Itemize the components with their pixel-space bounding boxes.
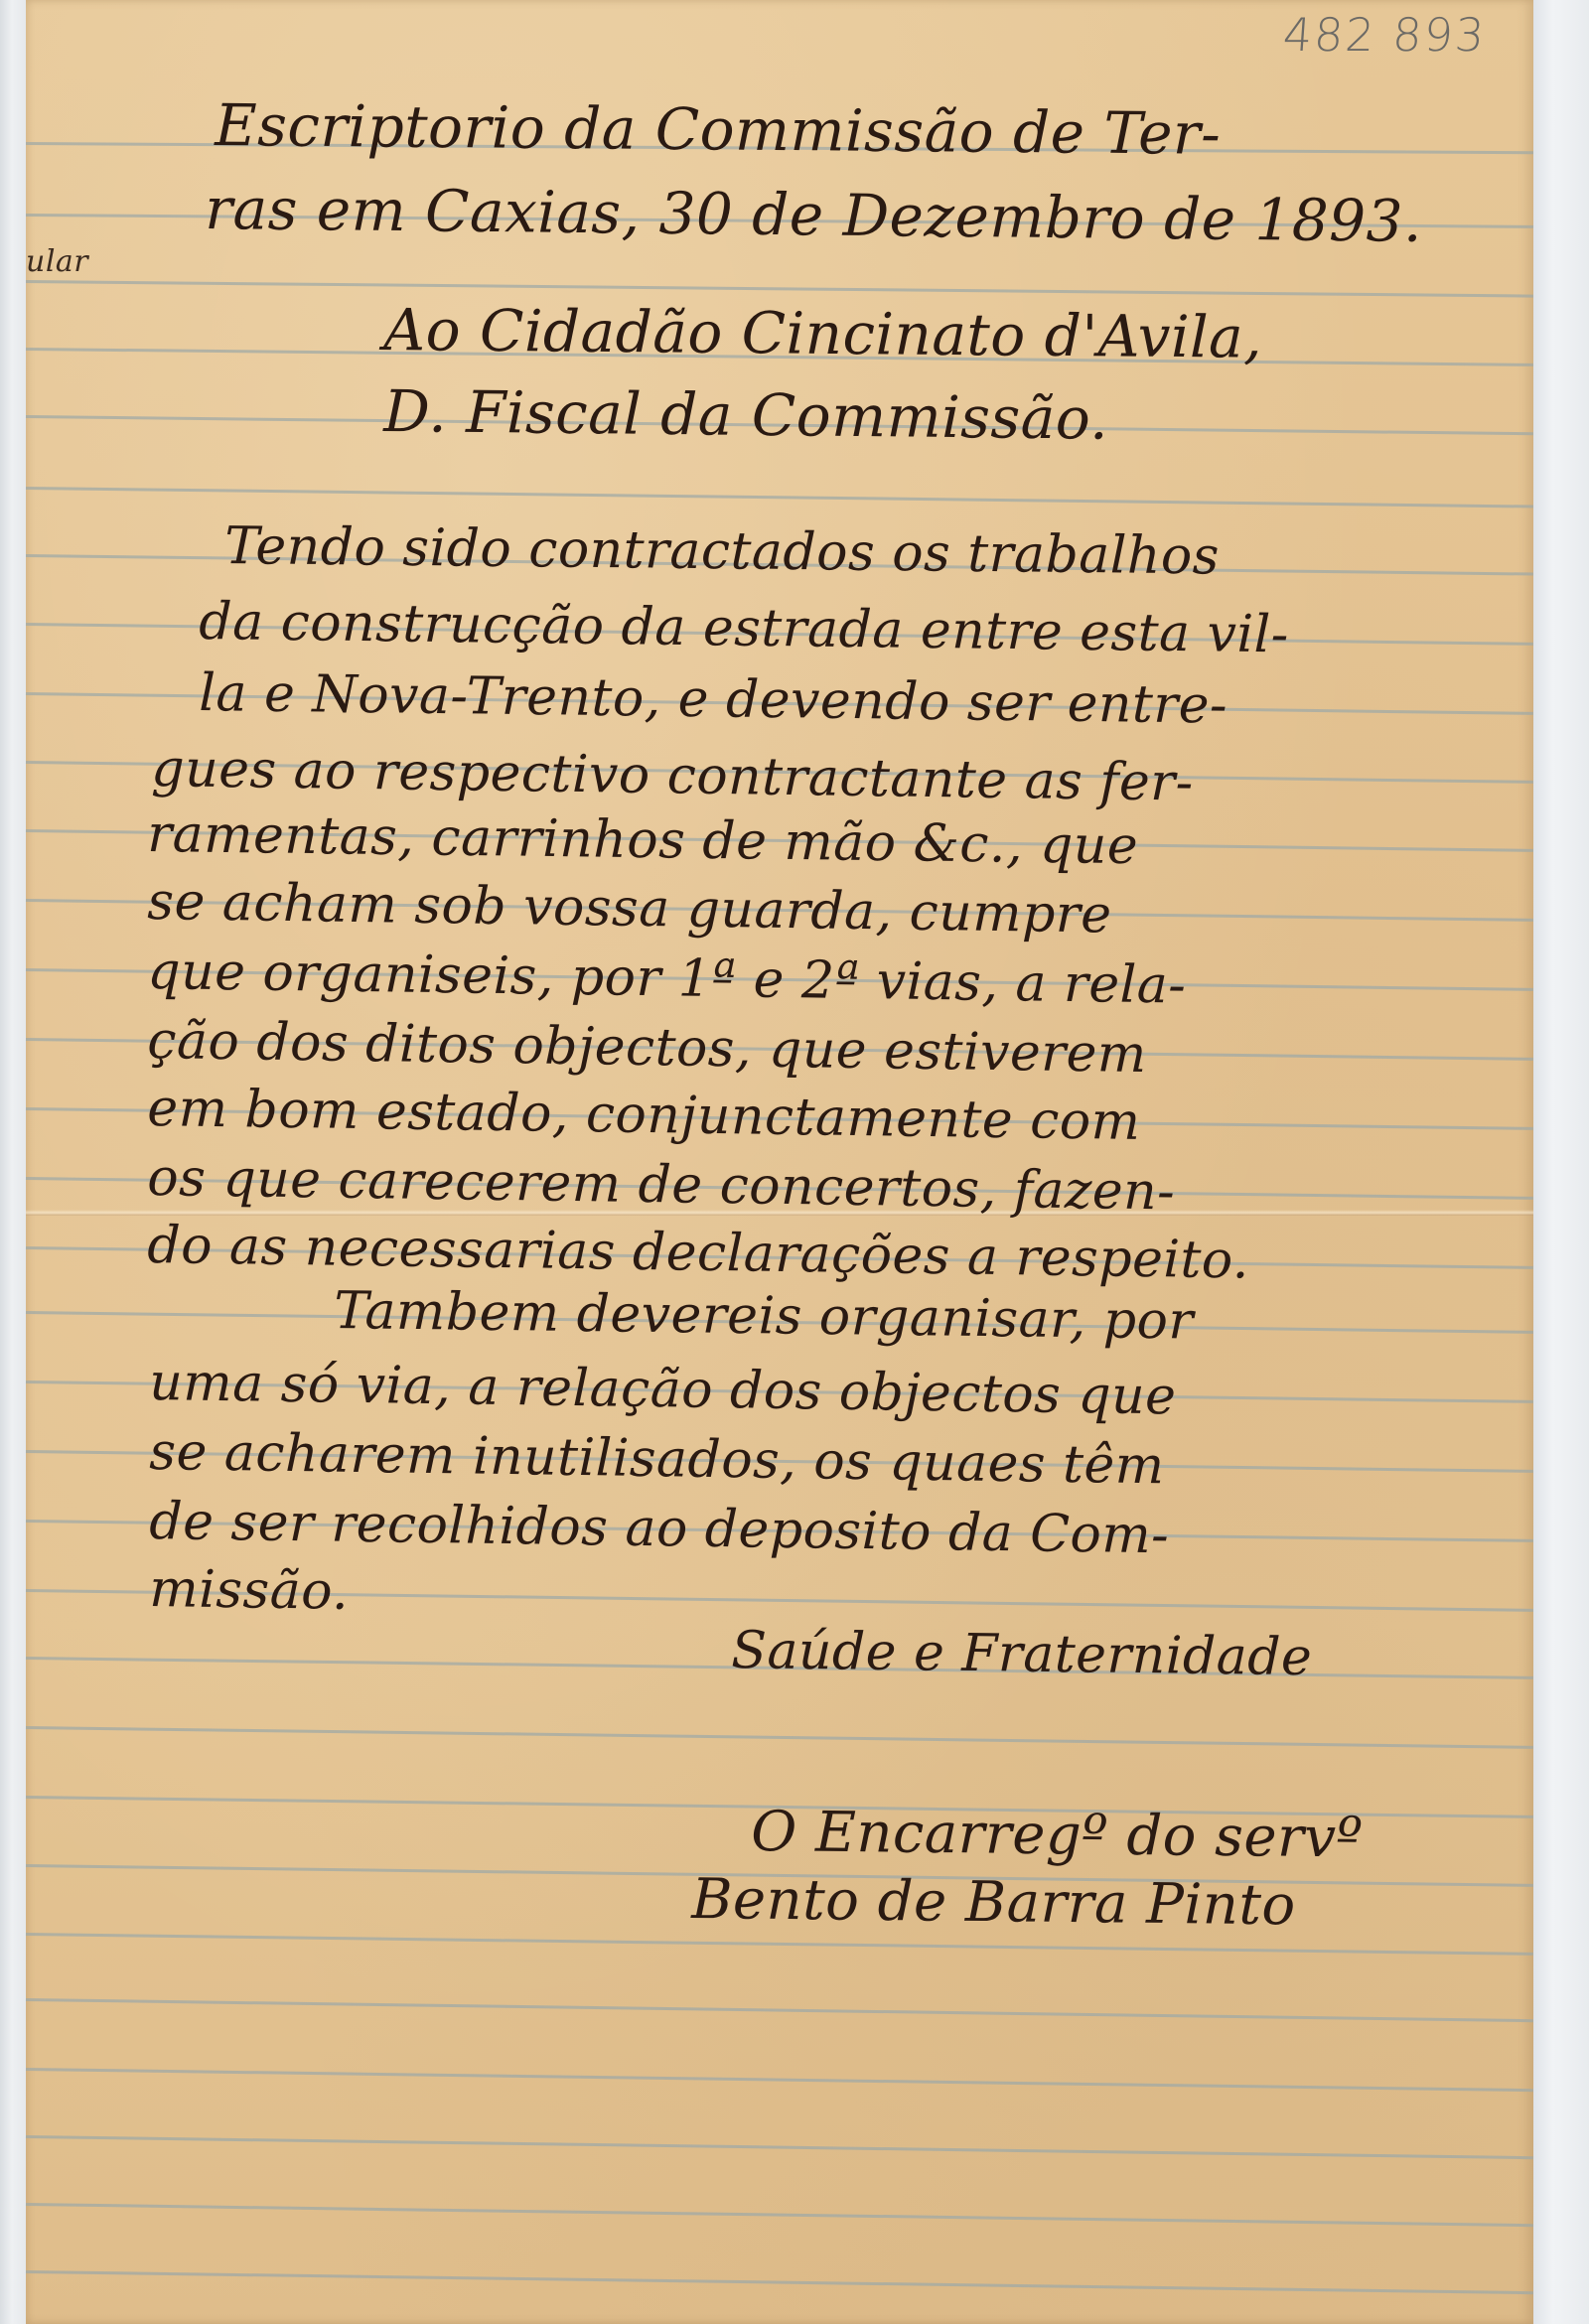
- body-line: Tendo sido contractados os trabalhos: [224, 516, 1220, 586]
- ruled-line: [26, 2203, 1533, 2227]
- body-line: se acham sob vossa guarda, cumpre: [147, 872, 1112, 945]
- body-line: que organiseis, por 1ª e 2ª vias, a rela…: [147, 942, 1187, 1016]
- body-line: Tambem devereis organisar, por: [334, 1281, 1194, 1352]
- signature-name: Bento de Barra Pinto: [691, 1867, 1296, 1938]
- heading-line-2: ras em Caxias, 30 de Dezembro de 1893.: [205, 175, 1422, 255]
- body-line: do as necessarias declarações a respeito…: [147, 1216, 1249, 1290]
- ruled-line: [26, 280, 1533, 298]
- body-line: uma só via, a relação dos objectos que: [149, 1353, 1177, 1426]
- body-line: de ser recolhidos ao deposito da Com-: [149, 1492, 1170, 1565]
- body-line: da construcção da estrada entre esta vil…: [199, 592, 1289, 664]
- signature-title: O Encarregº do servº: [751, 1800, 1364, 1870]
- ruled-line: [26, 1933, 1533, 1956]
- body-line: ção dos ditos objectos, que estiverem: [147, 1011, 1147, 1085]
- body-line: em bom estado, conjunctamente com: [147, 1079, 1141, 1152]
- ruled-line: [26, 1726, 1533, 1749]
- ruled-line: [26, 1998, 1533, 2022]
- addressee-line-2: D. Fiscal da Commissão.: [383, 377, 1109, 453]
- scan-margin-right: [1533, 0, 1589, 2324]
- scanned-document: 482 893 ular Escriptorio da Commissão de…: [0, 0, 1589, 2324]
- body-line: ramentas, carrinhos de mão &c., que: [147, 804, 1139, 876]
- closing-salutation: Saúde e Fraternidade: [731, 1621, 1313, 1687]
- letter-page: 482 893 ular Escriptorio da Commissão de…: [26, 0, 1533, 2324]
- ruled-line: [26, 2270, 1533, 2294]
- body-line: gues ao respectivo contractante as fer-: [151, 739, 1194, 813]
- body-line: se acharem inutilisados, os quaes têm: [149, 1422, 1165, 1496]
- ruled-line: [26, 2135, 1533, 2159]
- heading-line-1: Escriptorio da Commissão de Ter-: [215, 91, 1222, 168]
- margin-note: ular: [26, 244, 88, 279]
- body-line: missão.: [149, 1559, 350, 1622]
- archive-number: 482 893: [1281, 8, 1488, 62]
- ruled-line: [26, 487, 1533, 508]
- body-line: la e Nova-Trento, e devendo ser entre-: [199, 663, 1228, 736]
- addressee-line-1: Ao Cidadão Cincinato d'Avila,: [383, 296, 1262, 371]
- ruled-line: [26, 2068, 1533, 2092]
